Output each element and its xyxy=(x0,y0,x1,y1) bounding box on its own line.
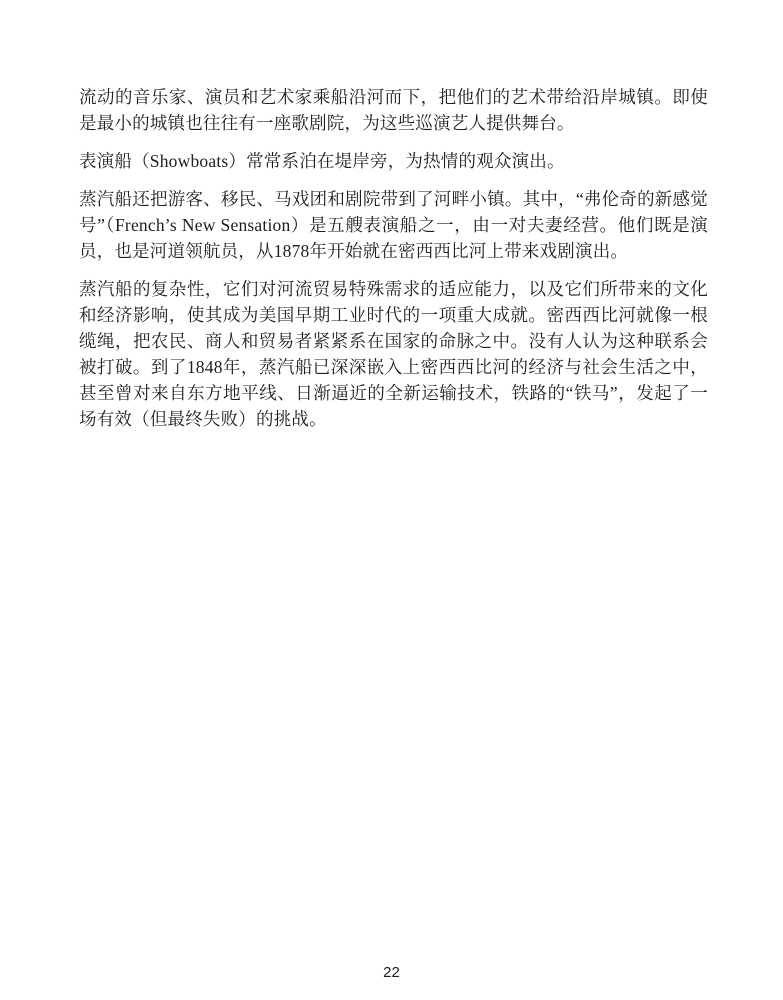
paragraph-french-new-sensation: 蒸汽船还把游客、移民、马戏团和剧院带到了河畔小镇。其中，“弗伦奇的新感觉号”（F… xyxy=(79,186,708,264)
page-number: 22 xyxy=(0,964,783,981)
document-page: 流动的音乐家、演员和艺术家乘船沿河而下，把他们的艺术带给沿岸城镇。即使是最小的城… xyxy=(0,0,783,1000)
text-block: 流动的音乐家、演员和艺术家乘船沿河而下，把他们的艺术带给沿岸城镇。即使是最小的城… xyxy=(79,84,708,444)
paragraph-showboats: 表演船（Showboats）常常系泊在堤岸旁，为热情的观众演出。 xyxy=(79,148,708,174)
paragraph-musicians: 流动的音乐家、演员和艺术家乘船沿河而下，把他们的艺术带给沿岸城镇。即使是最小的城… xyxy=(79,84,708,136)
paragraph-steamboat-legacy: 蒸汽船的复杂性，它们对河流贸易特殊需求的适应能力，以及它们所带来的文化和经济影响… xyxy=(79,276,708,432)
